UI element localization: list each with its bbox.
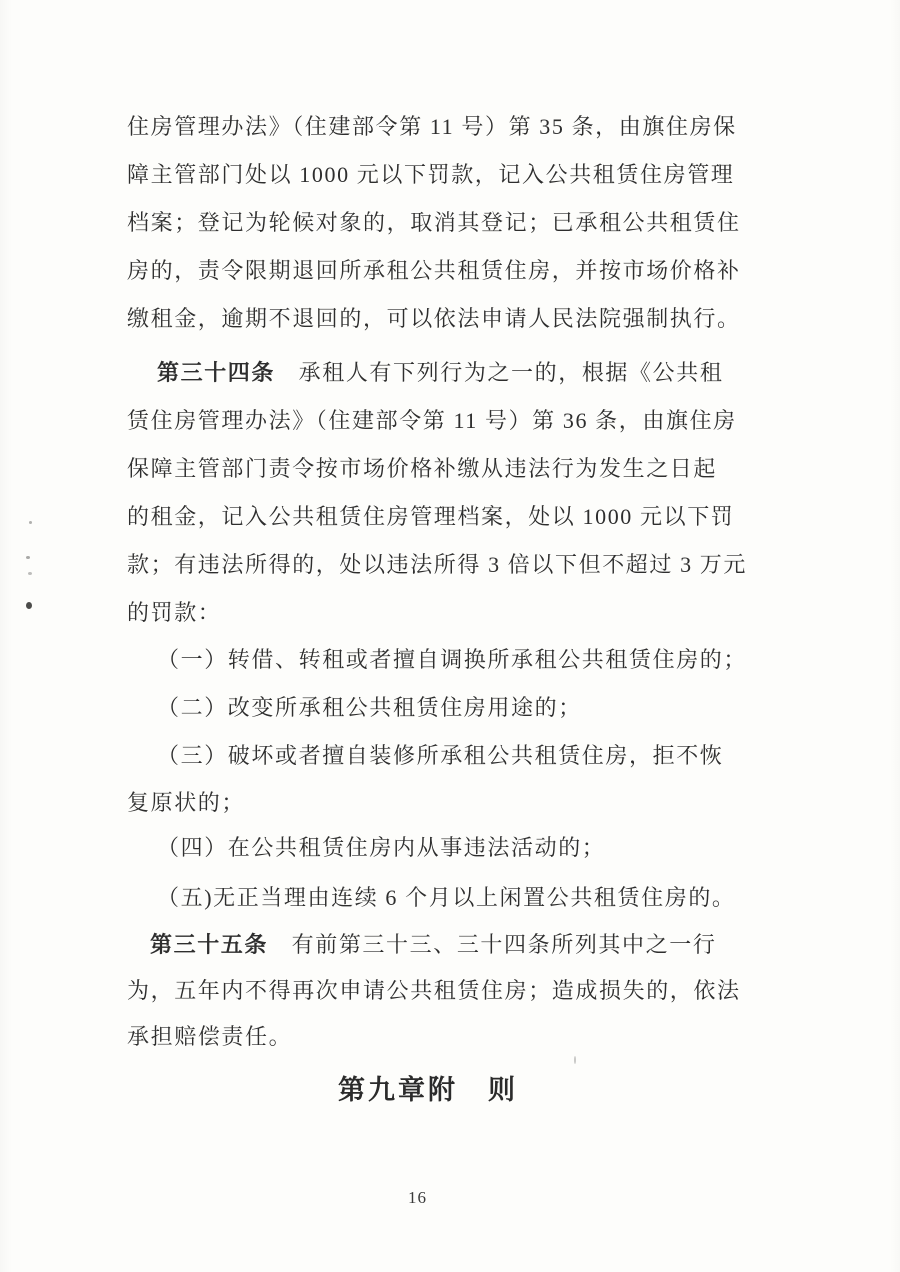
- text-run: 赁住房管理办法》（住建部令第 11 号）第 36 条，由旗住房: [127, 408, 737, 433]
- text-run: （三）破坏或者擅自装修所承租公共租赁住房，拒不恢: [157, 743, 723, 768]
- scan-smudge: [574, 1056, 576, 1064]
- text-line: 赁住房管理办法》（住建部令第 11 号）第 36 条，由旗住房: [127, 406, 737, 436]
- text-run: （五)无正当理由连续 6 个月以上闲置公共租赁住房的。: [157, 885, 736, 910]
- text-run: 保障主管部门责令按市场价格补缴从违法行为发生之日起: [127, 456, 717, 481]
- text-line: （三）破坏或者擅自装修所承租公共租赁住房，拒不恢: [157, 741, 723, 771]
- text-line: 保障主管部门责令按市场价格补缴从违法行为发生之日起: [127, 454, 717, 484]
- text-run: 障主管部门处以 1000 元以下罚款，记入公共租赁住房管理: [127, 162, 734, 187]
- text-line: 的罚款：: [127, 598, 221, 628]
- text-run: 的罚款：: [127, 600, 221, 625]
- text-run: 有前第三十三、三十四条所列其中之一行: [268, 932, 716, 957]
- text-run: 款；有违法所得的，处以违法所得 3 倍以下但不超过 3 万元: [127, 552, 747, 577]
- text-line: 的租金，记入公共租赁住房管理档案，处以 1000 元以下罚: [127, 502, 734, 532]
- scan-smudge: [26, 556, 30, 559]
- text-run: 的租金，记入公共租赁住房管理档案，处以 1000 元以下罚: [127, 504, 734, 529]
- document-page: 住房管理办法》（住建部令第 11 号）第 35 条，由旗住房保障主管部门处以 1…: [0, 0, 900, 1272]
- scan-smudge: [26, 602, 32, 609]
- text-run: 复原状的；: [127, 790, 245, 815]
- text-line: （一）转借、转租或者擅自调换所承租公共租赁住房的；: [157, 645, 747, 675]
- text-line: （四）在公共租赁住房内从事违法活动的；: [157, 833, 605, 863]
- text-line: 款；有违法所得的，处以违法所得 3 倍以下但不超过 3 万元: [127, 550, 747, 580]
- text-run: 为，五年内不得再次申请公共租赁住房；造成损失的，依法: [127, 978, 741, 1003]
- scan-smudge: [28, 572, 32, 575]
- text-run: 房的，责令限期退回所承租公共租赁住房，并按市场价格补: [127, 258, 741, 283]
- text-run: 承租人有下列行为之一的，根据《公共租: [275, 360, 723, 385]
- text-line: 档案；登记为轮候对象的，取消其登记；已承租公共租赁住: [127, 208, 741, 238]
- text-line: 房的，责令限期退回所承租公共租赁住房，并按市场价格补: [127, 256, 741, 286]
- text-line: 复原状的；: [127, 788, 245, 818]
- text-line: 为，五年内不得再次申请公共租赁住房；造成损失的，依法: [127, 976, 741, 1006]
- page-number: 16: [408, 1188, 427, 1208]
- text-line: 第三十五条 有前第三十三、三十四条所列其中之一行: [150, 930, 716, 960]
- text-run: （一）转借、转租或者擅自调换所承租公共租赁住房的；: [157, 647, 747, 672]
- text-line: （五)无正当理由连续 6 个月以上闲置公共租赁住房的。: [157, 883, 736, 913]
- chapter-heading: 第九章附 则: [0, 1068, 856, 1107]
- text-run: 档案；登记为轮候对象的，取消其登记；已承租公共租赁住: [127, 210, 741, 235]
- article-number: 第三十五条: [150, 932, 268, 957]
- text-run: （四）在公共租赁住房内从事违法活动的；: [157, 835, 605, 860]
- text-run: 住房管理办法》（住建部令第 11 号）第 35 条，由旗住房保: [127, 114, 737, 139]
- text-run: 承担赔偿责任。: [127, 1024, 292, 1049]
- text-line: 承担赔偿责任。: [127, 1022, 292, 1052]
- text-line: （二）改变所承租公共租赁住房用途的；: [157, 693, 582, 723]
- text-run: 缴租金，逾期不退回的，可以依法申请人民法院强制执行。: [127, 306, 741, 331]
- article-number: 第三十四条: [157, 360, 275, 385]
- text-line: 第三十四条 承租人有下列行为之一的，根据《公共租: [157, 358, 723, 388]
- text-line: 住房管理办法》（住建部令第 11 号）第 35 条，由旗住房保: [127, 112, 737, 142]
- text-run: （二）改变所承租公共租赁住房用途的；: [157, 695, 582, 720]
- text-line: 障主管部门处以 1000 元以下罚款，记入公共租赁住房管理: [127, 160, 734, 190]
- scan-smudge: [29, 521, 32, 524]
- text-line: 缴租金，逾期不退回的，可以依法申请人民法院强制执行。: [127, 304, 741, 334]
